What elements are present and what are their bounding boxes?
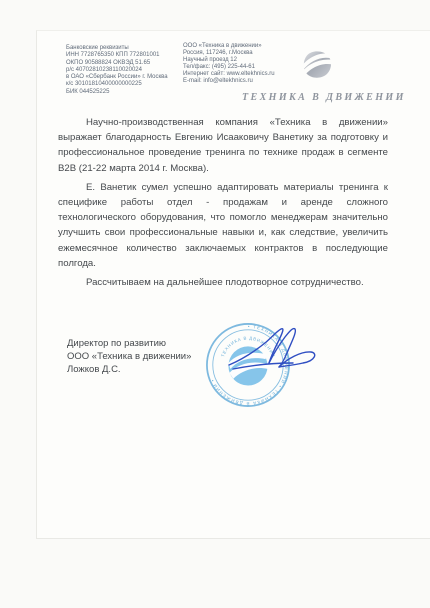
- company-tagline: ТЕХНИКА В ДВИЖЕНИИ: [242, 92, 414, 103]
- handwritten-signature: [221, 319, 325, 375]
- company-address-line: Научный проезд 12: [183, 57, 303, 64]
- company-email: E-mail: info@eltekhnics.ru: [183, 78, 303, 85]
- company-contacts: ООО «Техника в движении» Россия, 117246,…: [183, 43, 303, 85]
- scanned-letter-page: Банковские реквизиты ИНН 7728765350 КПП …: [36, 30, 430, 539]
- bank-details-line: к/с 30101810400000000225: [66, 81, 184, 88]
- company-logo-icon: [300, 49, 334, 80]
- company-phone: Тел/факс: (495) 225-44-61: [183, 64, 303, 71]
- signature-block: Директор по развитию ООО «Техника в движ…: [67, 337, 217, 376]
- signer-title: Директор по развитию: [67, 337, 217, 350]
- company-website: Интернет сайт: www.eltekhnics.ru: [183, 71, 303, 78]
- bank-details-line: в ОАО «Сбербанк России» г. Москва: [66, 74, 184, 81]
- bank-details: Банковские реквизиты ИНН 7728765350 КПП …: [66, 45, 184, 96]
- bank-details-line: ОКПО 90588824 ОКВЭД 51.65: [66, 60, 184, 67]
- bank-details-line: Банковские реквизиты: [66, 45, 184, 52]
- bank-details-line: ИНН 7728765350 КПП 772801001: [66, 52, 184, 59]
- letter-paragraph: Рассчитываем на дальнейшее плодотворное …: [58, 275, 388, 290]
- letter-body: Научно-производственная компания «Техник…: [58, 115, 388, 294]
- company-name: ООО «Техника в движении»: [183, 43, 303, 50]
- letter-paragraph: Научно-производственная компания «Техник…: [58, 115, 388, 176]
- company-address-line: Россия, 117246, г.Москва: [183, 50, 303, 57]
- bank-details-line: р/с 40702810238110020024: [66, 67, 184, 74]
- bank-details-line: БИК 044525225: [66, 89, 184, 96]
- letter-paragraph: Е. Ванетик сумел успешно адаптировать ма…: [58, 180, 388, 271]
- signer-company: ООО «Техника в движении»: [67, 350, 217, 363]
- signer-name: Ложков Д.С.: [67, 363, 217, 376]
